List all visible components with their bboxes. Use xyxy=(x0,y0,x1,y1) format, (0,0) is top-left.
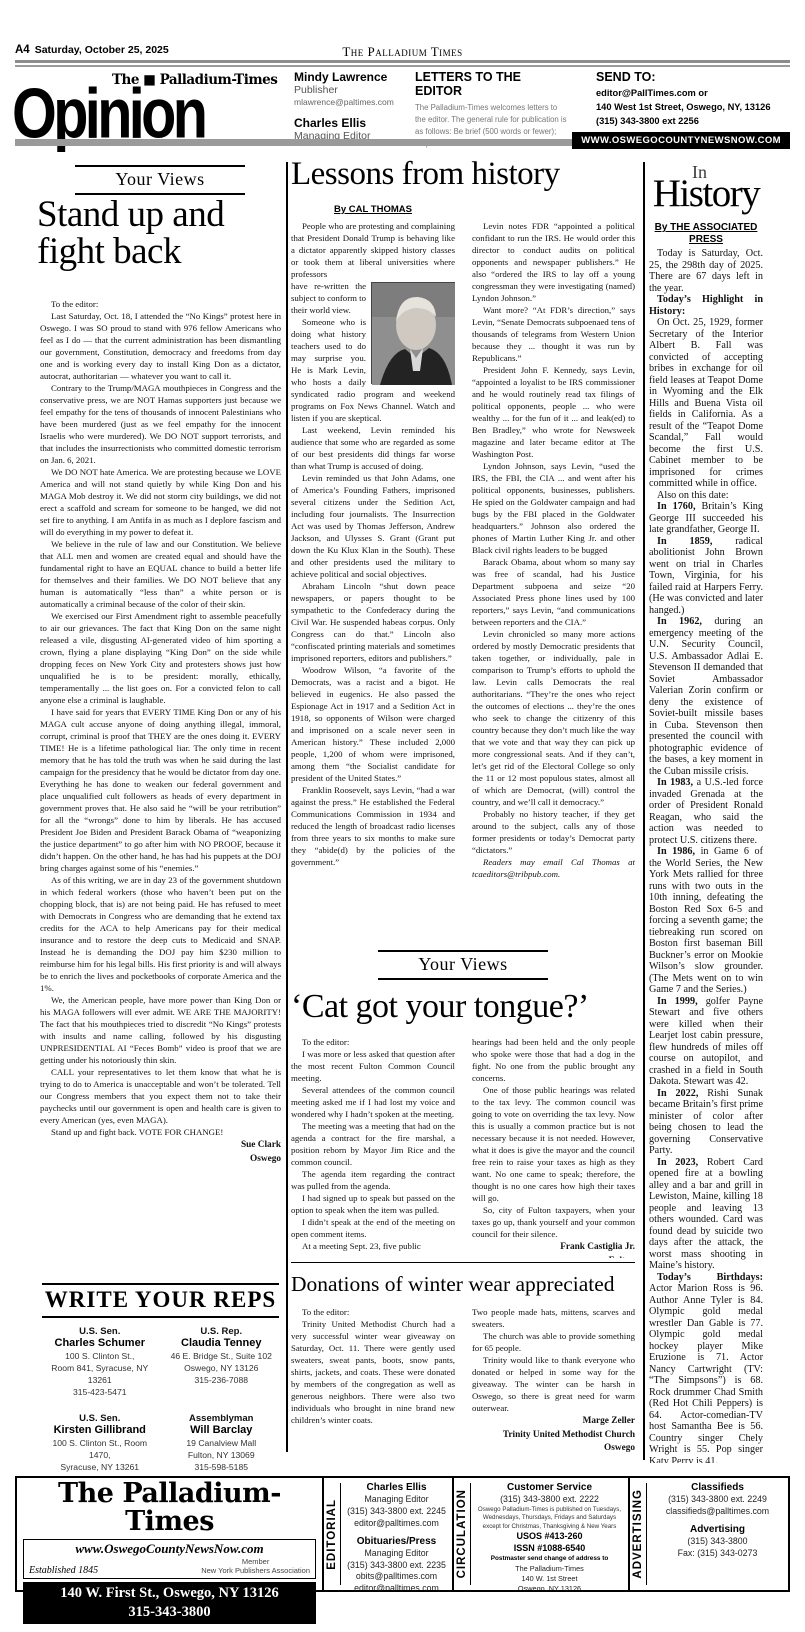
paragraph: I didn’t speak at the end of the meeting… xyxy=(291,1216,455,1240)
section-title: Opinion xyxy=(12,78,204,148)
paragraph: Want more? “At FDR’s direction,” says Le… xyxy=(472,304,635,364)
advertising-phone: (315) 343-3800 xyxy=(649,1536,786,1548)
history-item-lead: In 1760, xyxy=(657,501,696,512)
cal-thomas-byline: By CAL THOMAS xyxy=(291,204,455,215)
in-history-byline: By THE ASSOCIATED PRESS xyxy=(648,222,764,246)
masthead-staff: Mindy Lawrence Publisher mlawrence@palti… xyxy=(294,70,406,143)
publisher-title: Publisher xyxy=(294,84,406,96)
send-to-phone: (315) 343-3800 ext 2256 xyxy=(596,115,792,129)
footer-website: www.OswegoCountyNewsNow.com xyxy=(29,1541,310,1557)
paragraph: Levin reminded us that John Adams, one o… xyxy=(291,472,455,580)
column-rule-left xyxy=(286,162,288,1452)
your-views-label-1: Your Views xyxy=(75,165,245,195)
rep-schumer: U.S. Sen. Charles Schumer 100 S. Clinton… xyxy=(42,1326,158,1398)
editorial-contact-title: Managing Editor xyxy=(343,1494,450,1506)
paragraph: Franklin Roosevelt, says Levin, “had a w… xyxy=(291,784,455,868)
letter-signature-name: Sue Clark xyxy=(40,1140,281,1152)
write-your-reps-box: WRITE YOUR REPS U.S. Sen. Charles Schume… xyxy=(42,1283,279,1485)
rep-gillibrand: U.S. Sen. Kirsten Gillibrand 100 S. Clin… xyxy=(42,1413,158,1485)
paragraph: CALL your representatives to let them kn… xyxy=(40,1066,281,1126)
history-item: In 1760, Britain’s King George III succe… xyxy=(649,501,763,536)
footer-member-line: Member xyxy=(201,1557,310,1567)
paragraph: To the editor: xyxy=(40,298,281,310)
editorial-contact-name: Obituaries/Press xyxy=(343,1535,450,1548)
website-banner: WWW.OSWEGOCOUNTYNEWSNOW.COM xyxy=(572,132,790,149)
editorial-contact-phone: (315) 343-3800 ext. 2245 xyxy=(343,1506,450,1518)
letter-signature-org: Trinity United Methodist Church xyxy=(472,1430,635,1442)
footer-phone: 315-343-3800 xyxy=(23,1603,316,1622)
history-item-text: Robert Card opened fire at a bowling all… xyxy=(649,1157,763,1272)
history-item-text: On Oct. 25, 1929, former Secretary of th… xyxy=(649,317,763,489)
advertising-title: Advertising xyxy=(649,1523,786,1536)
rep-address: 100 S. Clinton St., Room 1470, xyxy=(42,1437,158,1461)
history-item-text: Today is Saturday, Oct. 25, the 298th da… xyxy=(649,248,763,294)
rep-phone: 315-236-7088 xyxy=(164,1374,280,1386)
history-item: In 1962, during an emergency meeting of … xyxy=(649,616,763,777)
history-item: In 1986, in Game 6 of the World Series, … xyxy=(649,846,763,996)
letter-donations-column-1: To the editor: Trinity United Methodist … xyxy=(291,1306,455,1456)
footer-address: 140 W. First St., Oswego, NY 13126 xyxy=(23,1584,316,1603)
send-to-title: SEND TO: xyxy=(596,70,792,84)
history-item-lead: In 1999, xyxy=(657,996,698,1007)
in-history-title-small: In xyxy=(692,162,707,183)
editor-name: Charles Ellis xyxy=(294,116,406,130)
history-item: In 2023, Robert Card opened fire at a bo… xyxy=(649,1157,763,1272)
editorial-contact-title: Managing Editor xyxy=(343,1548,450,1560)
paragraph: Trinity United Methodist Church had a ve… xyxy=(291,1318,455,1426)
rep-phone: 315-598-5185 xyxy=(164,1461,280,1473)
photo-wrap: have re-written the subject to conform t… xyxy=(291,280,455,868)
history-item-lead: In 1962, xyxy=(657,616,702,627)
history-item-text: radical abolitionist John Brown went on … xyxy=(649,536,763,616)
circulation-label-box: CIRCULATION xyxy=(454,1483,471,1585)
editorial-contact-name: Charles Ellis xyxy=(343,1481,450,1494)
history-item: Also on this date: xyxy=(649,490,763,502)
column-rule-right xyxy=(643,162,645,1460)
rep-name: Kirsten Gillibrand xyxy=(42,1424,158,1436)
editorial-contact-email: editor@palltimes.com xyxy=(343,1583,450,1590)
history-item-text: Actor Marion Ross is 96. Author Anne Tyl… xyxy=(649,1283,763,1463)
rep-address: 46 E. Bridge St., Suite 102 xyxy=(164,1350,280,1362)
rep-phone: 315-423-5471 xyxy=(42,1386,158,1398)
editorial-label: EDITORIAL xyxy=(326,1499,338,1570)
rep-tenney: U.S. Rep. Claudia Tenney 46 E. Bridge St… xyxy=(164,1326,280,1398)
letter-cat-column-1: To the editor: I was more or less asked … xyxy=(291,1036,455,1258)
paragraph: Probably no history teacher, if they get… xyxy=(472,808,635,856)
page-header: A4Saturday, October 25, 2025 The Palladi… xyxy=(15,44,790,58)
advertising-label: ADVERTISING xyxy=(632,1489,644,1579)
rep-name: Charles Schumer xyxy=(42,1337,158,1349)
paragraph: President John F. Kennedy, says Levin, “… xyxy=(472,364,635,460)
send-to-email: editor@PallTimes.com or xyxy=(596,87,792,101)
rep-name: Will Barclay xyxy=(164,1424,280,1436)
advertising-fax: Fax: (315) 343-0273 xyxy=(649,1548,786,1560)
history-item: Today’s Birthdays: Actor Marion Ross is … xyxy=(649,1272,763,1464)
rep-address: Room 841, Syracuse, NY 13261 xyxy=(42,1362,158,1386)
circulation-note: Oswego Palladium-Times is published on T… xyxy=(473,1506,626,1531)
rep-address: Fulton, NY 13069 xyxy=(164,1449,280,1461)
letter-signature-name: Marge Zeller xyxy=(472,1416,635,1428)
paragraph: I was more or less asked that question a… xyxy=(291,1048,455,1084)
history-item: Today is Saturday, Oct. 25, the 298th da… xyxy=(649,248,763,294)
classifieds-phone: (315) 343-3800 ext. 2249 xyxy=(649,1494,786,1506)
paper-name: The Palladium Times xyxy=(15,44,790,60)
rep-address: 100 S. Clinton St., xyxy=(42,1350,158,1362)
in-history-body: Today is Saturday, Oct. 25, the 298th da… xyxy=(649,248,763,1463)
paragraph: Woodrow Wilson, “a favorite of the Democ… xyxy=(291,664,455,784)
mark-levin-photo xyxy=(371,282,455,384)
history-item-lead: In 1859, xyxy=(657,536,712,547)
letter-donations-column-2: Two people made hats, mittens, scarves a… xyxy=(472,1306,635,1456)
send-to-address: 140 West 1st Street, Oswego, NY, 13126 xyxy=(596,101,792,115)
circulation-phone: (315) 343-3800 ext. 2222 xyxy=(473,1494,626,1506)
history-item: On Oct. 25, 1929, former Secretary of th… xyxy=(649,317,763,490)
history-item: Today’s Highlight in History: xyxy=(649,294,763,317)
paragraph: To the editor: xyxy=(291,1036,455,1048)
footer-logo: The Palladium-Times xyxy=(23,1480,316,1537)
paragraph: hearings had been held and the only peop… xyxy=(472,1036,635,1084)
paragraph: So, city of Fulton taxpayers, when your … xyxy=(472,1204,635,1240)
paragraph: The meeting was a meeting that had on th… xyxy=(291,1120,455,1168)
publisher-email: mlawrence@paltimes.com xyxy=(294,97,406,107)
editorial-label-box: EDITORIAL xyxy=(324,1483,341,1585)
byline-line: PRESS xyxy=(648,234,764,246)
letter-headline-stand-up: Stand up and fight back xyxy=(37,196,283,270)
paragraph: I had signed up to speak but passed on t… xyxy=(291,1192,455,1216)
footer-advertising: ADVERTISING Classifieds (315) 343-3800 e… xyxy=(628,1478,788,1590)
paragraph: Levin chronicled so many more actions or… xyxy=(472,628,635,808)
circulation-address: The Palladium-Times xyxy=(473,1564,626,1574)
history-item: In 1859, radical abolitionist John Brown… xyxy=(649,536,763,617)
history-item-text: in Game 6 of the World Series, the New Y… xyxy=(649,846,763,995)
footer-address-bar: 140 W. First St., Oswego, NY 13126 315-3… xyxy=(23,1582,316,1624)
paragraph: Levin notes FDR “appointed a political c… xyxy=(472,220,635,304)
footer-editorial: EDITORIAL Charles Ellis Managing Editor … xyxy=(322,1478,452,1590)
letter-headline-donations: Donations of winter wear appreciated xyxy=(291,1272,639,1297)
paragraph: Stand up and fight back. VOTE FOR CHANGE… xyxy=(40,1126,281,1138)
history-item-lead: In 1986, xyxy=(657,846,695,857)
paragraph: Two people made hats, mittens, scarves a… xyxy=(472,1306,635,1330)
paragraph: We, the American people, have more power… xyxy=(40,994,281,1066)
paragraph: We DO NOT hate America. We are protestin… xyxy=(40,466,281,538)
circulation-usos: USOS #413-260 xyxy=(473,1531,626,1543)
footer-established: Established 1845 xyxy=(29,1565,98,1576)
letter-cat-column-2: hearings had been held and the only peop… xyxy=(472,1036,635,1258)
section-divider xyxy=(291,1262,635,1263)
paragraph: Contrary to the Trump/MAGA mouthpieces i… xyxy=(40,382,281,466)
classifieds-email: classifieds@palltimes.com xyxy=(649,1506,786,1518)
paragraph: People who are protesting and complainin… xyxy=(291,220,455,280)
footer-web-box: www.OswegoCountyNewsNow.com Established … xyxy=(23,1539,316,1580)
rep-name: Claudia Tenney xyxy=(164,1337,280,1349)
rep-office: Assemblyman xyxy=(164,1413,280,1424)
column-headline-lessons: Lessons from history xyxy=(291,156,621,193)
letter-signature-place: Oswego xyxy=(40,1154,281,1166)
rep-address: Syracuse, NY 13261 xyxy=(42,1461,158,1473)
paragraph: We believe in the rule of law and our Co… xyxy=(40,538,281,610)
paragraph: Lyndon Johnson, says Levin, “used the IR… xyxy=(472,460,635,556)
letter-headline-cat: ‘Cat got your tongue?’ xyxy=(291,988,639,1026)
footer-circulation: CIRCULATION Customer Service (315) 343-3… xyxy=(452,1478,628,1590)
history-item-lead: In 1983, xyxy=(657,777,693,788)
cal-thomas-column-2: Levin notes FDR “appointed a political c… xyxy=(472,220,635,962)
footer: The Palladium-Times www.OswegoCountyNews… xyxy=(15,1476,790,1592)
history-item-lead: Today’s Highlight in History: xyxy=(649,294,763,317)
paragraph: To the editor: xyxy=(291,1306,455,1318)
classifieds-title: Classifieds xyxy=(649,1481,786,1494)
letters-policy-title: LETTERS TO THE EDITOR xyxy=(415,70,567,98)
advertising-label-box: ADVERTISING xyxy=(630,1483,647,1585)
letter-stand-up-body: To the editor: Last Saturday, Oct. 18, I… xyxy=(40,298,281,1253)
rep-office: U.S. Sen. xyxy=(42,1413,158,1424)
history-item: In 2022, Rishi Sunak became Britain’s fi… xyxy=(649,1088,763,1157)
circulation-address: Oswego, NY 13126 xyxy=(473,1584,626,1590)
paragraph: I have said for years that EVERY TIME Ki… xyxy=(40,706,281,874)
paragraph: The agenda item regarding the contract w… xyxy=(291,1168,455,1192)
paragraph: At a meeting Sept. 23, five public xyxy=(291,1240,455,1252)
circulation-postmaster: Postmaster send change of address to xyxy=(473,1555,626,1564)
circulation-issn: ISSN #1088-6540 xyxy=(473,1543,626,1555)
paragraph: As of this writing, we are in day 23 of … xyxy=(40,874,281,994)
circulation-label: CIRCULATION xyxy=(456,1489,468,1578)
paragraph: Barack Obama, about whom so many say was… xyxy=(472,556,635,628)
rep-office: U.S. Rep. xyxy=(164,1326,280,1337)
circulation-address: 140 W. 1st Street xyxy=(473,1574,626,1584)
letter-signature-place: Oswego xyxy=(472,1443,635,1455)
history-item-text: during an emergency meeting of the U.N. … xyxy=(649,616,763,777)
rep-barclay: Assemblyman Will Barclay 19 Canalview Ma… xyxy=(164,1413,280,1485)
editorial-contact-email: obits@palltimes.com xyxy=(343,1571,450,1583)
letter-signature-name: Frank Castiglia Jr. xyxy=(472,1242,635,1254)
in-history-title: In History xyxy=(648,164,764,216)
write-your-reps-title: WRITE YOUR REPS xyxy=(42,1285,279,1318)
history-item-lead: In 2023, xyxy=(657,1157,698,1168)
footer-member: Member New York Publishers Association xyxy=(201,1557,310,1577)
rep-address: Oswego, NY 13126 xyxy=(164,1362,280,1374)
history-item-lead: Today’s Birthdays: xyxy=(657,1272,763,1283)
paragraph: Last weekend, Levin reminded his audienc… xyxy=(291,424,455,472)
footer-member-line: New York Publishers Association xyxy=(201,1566,310,1576)
publisher-name: Mindy Lawrence xyxy=(294,70,406,84)
paragraph: Last Saturday, Oct. 18, I attended the “… xyxy=(40,310,281,382)
letter-signature-place: Fulton xyxy=(472,1256,635,1259)
header-rule xyxy=(15,60,790,67)
newspaper-page: A4Saturday, October 25, 2025 The Palladi… xyxy=(0,0,805,1632)
paragraph: Several attendees of the common council … xyxy=(291,1084,455,1120)
rep-office: U.S. Sen. xyxy=(42,1326,158,1337)
your-views-label-2: Your Views xyxy=(378,950,548,980)
reps-grid: U.S. Sen. Charles Schumer 100 S. Clinton… xyxy=(42,1318,279,1485)
paragraph: One of those public hearings was related… xyxy=(472,1084,635,1204)
history-item-lead: In 2022, xyxy=(657,1088,698,1099)
paragraph: The church was able to provide something… xyxy=(472,1330,635,1354)
cal-thomas-column-1: People who are protesting and complainin… xyxy=(291,220,455,962)
column-tagline: Readers may email Cal Thomas at tcaedito… xyxy=(472,856,635,880)
history-item: In 1999, golfer Payne Stewart and five o… xyxy=(649,996,763,1088)
paragraph: Abraham Lincoln “shut down peace newspap… xyxy=(291,580,455,664)
paragraph: Trinity would like to thank everyone who… xyxy=(472,1354,635,1414)
editorial-contact-email: editor@palltimes.com xyxy=(343,1518,450,1530)
byline-line: By THE ASSOCIATED xyxy=(648,222,764,234)
editorial-contact-phone: (315) 343-3800 ext. 2235 xyxy=(343,1560,450,1572)
history-item-text: golfer Payne Stewart and five others wer… xyxy=(649,996,763,1088)
history-item: In 1983, a U.S.-led force invaded Grenad… xyxy=(649,777,763,846)
circulation-title: Customer Service xyxy=(473,1481,626,1494)
rep-address: 19 Canalview Mall xyxy=(164,1437,280,1449)
footer-masthead: The Palladium-Times www.OswegoCountyNews… xyxy=(17,1478,322,1590)
paragraph: We exercised our First Amendment right t… xyxy=(40,610,281,706)
history-item-text: Also on this date: xyxy=(657,490,729,501)
